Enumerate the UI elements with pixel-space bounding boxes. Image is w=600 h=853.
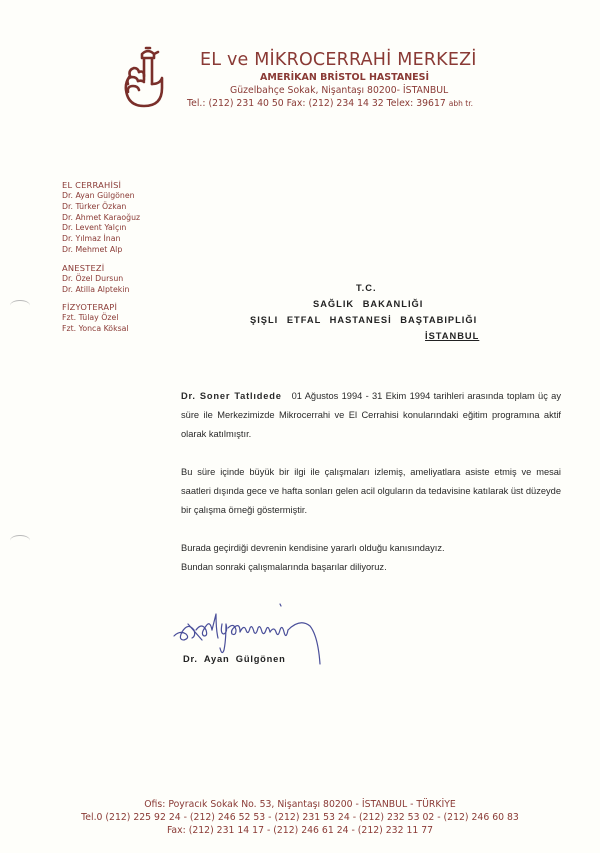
staff-group-heading: EL CERRAHİSİ [62,180,172,191]
staff-member: Dr. Mehmet Alp [62,245,172,256]
addressee-line: SAĞLIK BAKANLIĞI [313,299,423,309]
staff-member: Dr. Ayan Gülgönen [62,191,172,202]
staff-group-hand-surgery: EL CERRAHİSİ Dr. Ayan Gülgönen Dr. Türke… [62,180,172,256]
letterhead-contact-numbers: Tel.: (212) 231 40 50 Fax: (212) 234 14 … [187,98,446,109]
letter-footer: Ofis: Poyracık Sokak No. 53, Nişantaşı 8… [0,798,600,837]
letterhead-address: Güzelbahçe Sokak, Nişantaşı 80200- İSTAN… [230,85,448,96]
body-line: Bundan sonraki çalışmalarında başarılar … [181,562,387,572]
letterhead-title: EL ve MİKROCERRAHİ MERKEZİ [200,50,477,70]
letterhead-subtitle: AMERİKAN BRİSTOL HASTANESİ [260,72,429,83]
body-paragraph: Bu süre içinde büyük bir ilgi ile çalışm… [181,463,561,520]
staff-member: Dr. Ahmet Karaoğuz [62,213,172,224]
footer-phone-numbers: Tel.0 (212) 225 92 24 - (212) 246 52 53 … [0,811,600,824]
addressee-line: T.C. [356,283,377,293]
footer-fax-numbers: Fax: (212) 231 14 17 - (212) 246 61 24 -… [0,824,600,837]
punch-hole-mark [10,535,30,546]
punch-hole-mark [10,300,30,311]
body-paragraph: Dr. Soner Tatlıdede 01 Ağustos 1994 - 31… [181,387,561,444]
staff-member: Fzt. Yonca Köksal [62,324,172,335]
staff-member: Fzt. Tülay Özel [62,313,172,324]
letterhead-contact: Tel.: (212) 231 40 50 Fax: (212) 234 14 … [187,98,473,109]
body-paragraph: Burada geçirdiği devrenin kendisine yara… [181,539,561,577]
staff-group-physiotherapy: FİZYOTERAPİ Fzt. Tülay Özel Fzt. Yonca K… [62,302,172,335]
letter-body: Dr. Soner Tatlıdede 01 Ağustos 1994 - 31… [181,387,561,596]
staff-group-anesthesia: ANESTEZİ Dr. Özel Dursun Dr. Atilla Alpt… [62,263,172,296]
signatory-name: Dr. Ayan Gülgönen [183,654,286,664]
footer-office-address: Ofis: Poyracık Sokak No. 53, Nişantaşı 8… [0,798,600,811]
letter-page: EL ve MİKROCERRAHİ MERKEZİ AMERİKAN BRİS… [0,0,600,853]
staff-member: Dr. Atilla Alptekin [62,285,172,296]
trainee-name: Dr. Soner Tatlıdede [181,391,282,401]
staff-member: Dr. Özel Dursun [62,274,172,285]
body-line: Burada geçirdiği devrenin kendisine yara… [181,543,445,553]
staff-list: EL CERRAHİSİ Dr. Ayan Gülgönen Dr. Türke… [62,180,172,342]
staff-group-heading: ANESTEZİ [62,263,172,274]
hand-finger-logo-icon [122,44,166,110]
staff-group-heading: FİZYOTERAPİ [62,302,172,313]
staff-member: Dr. Levent Yalçın [62,223,172,234]
addressee-line: ŞIŞLI ETFAL HASTANESİ BAŞTABIPLIĞI [250,315,477,325]
staff-member: Dr. Türker Özkan [62,202,172,213]
staff-member: Dr. Yılmaz İnan [62,234,172,245]
addressee-city: İSTANBUL [425,331,479,341]
letterhead-contact-suffix: abh tr. [449,99,473,108]
